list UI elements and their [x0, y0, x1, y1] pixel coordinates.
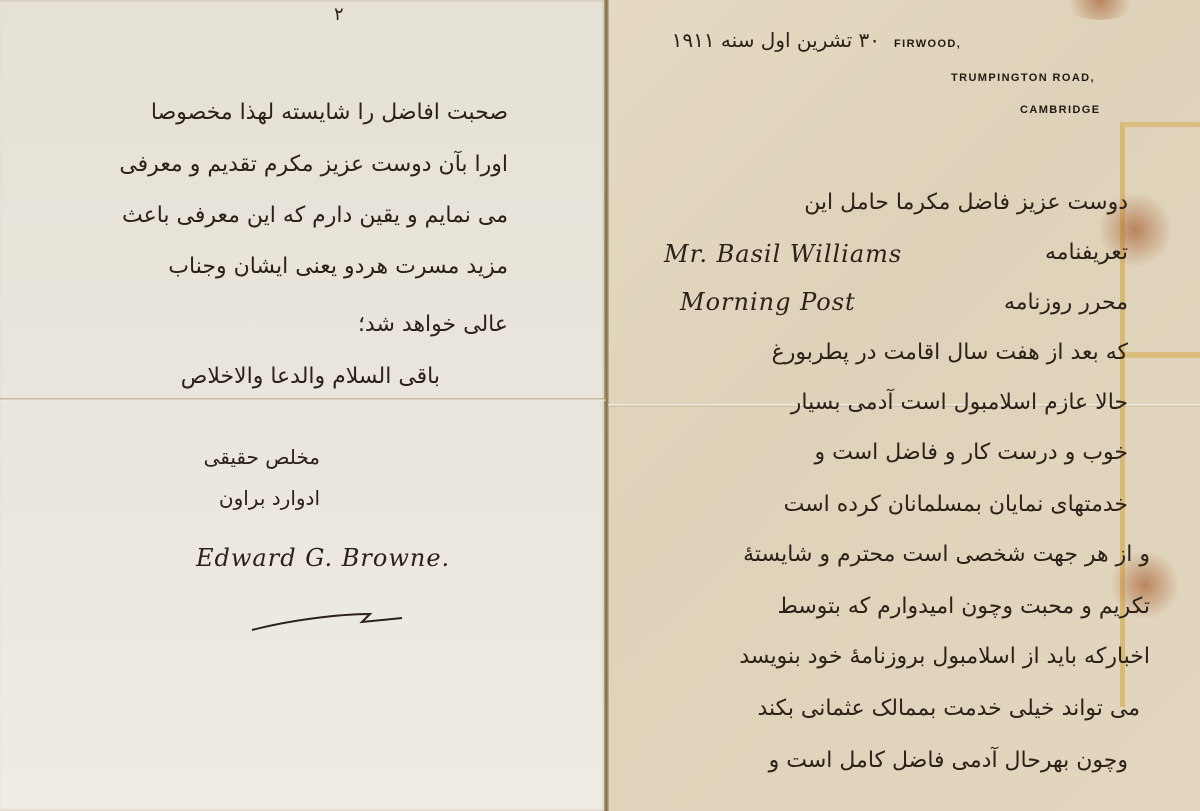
letterhead-line1: FIRWOOD, — [894, 38, 961, 50]
letter-line: خدمتهای نمایان بمسلمانان کرده است — [784, 492, 1128, 517]
letter-line: می تواند خیلی خدمت بممالک عثمانی بکند — [757, 696, 1140, 721]
letter-line: وچون بهرحال آدمی فاضل کامل است و — [769, 748, 1128, 773]
rust-stain-horizontal — [1120, 352, 1200, 358]
letter-line: باقی السلام والدعا والاخلاص — [181, 364, 440, 389]
letter-date: ٣٠ تشرین اول سنه ١٩١١ — [672, 28, 880, 52]
english-name: Mr. Basil Williams — [664, 240, 902, 268]
letterhead-line2: TRUMPINGTON ROAD, — [951, 72, 1095, 84]
letter-line: عالی خواهد شد؛ — [358, 312, 508, 337]
horizontal-fold-left — [0, 398, 606, 401]
letter-line: که بعد از هفت سال اقامت در پطربورغ — [772, 340, 1128, 365]
letter-line: و از هر جهت شخصی است محترم و شایستهٔ — [743, 542, 1150, 567]
signature-english: Edward G. Browne. — [196, 544, 450, 572]
signature-flourish-icon — [250, 608, 405, 632]
letter-line: دوست عزیز فاضل مکرما حامل این — [804, 190, 1128, 215]
letter-line: اخبارکه باید از اسلامبول بروزنامهٔ خود ب… — [739, 644, 1150, 669]
letter-line: مزید مسرت هردو یعنی ایشان وجناب — [168, 254, 508, 279]
letter-line: می نمایم و یقین دارم که این معرفی باعث — [122, 203, 508, 228]
signature-persian: ادوارد براون — [219, 486, 320, 510]
letter-line: اورا بآن دوست عزیز مکرم تقدیم و معرفی — [119, 152, 508, 177]
closing: مخلص حقیقی — [204, 445, 320, 469]
english-name: Morning Post — [680, 288, 856, 316]
letter-line: تعریفنامه — [1045, 240, 1128, 265]
letter-line: صحبت افاضل را شایسته لهذا مخصوصا — [151, 100, 508, 125]
letter-line: خوب و درست کار و فاضل است و — [815, 440, 1128, 465]
letterhead-line3: CAMBRIDGE — [1020, 104, 1100, 116]
letter-line: تکریم و محبت وچون امیدوارم که بتوسط — [777, 594, 1150, 619]
page-marker: ٢ — [334, 4, 344, 25]
letter-line: محرر روزنامه — [1004, 290, 1128, 315]
letter-line: حالا عازم اسلامبول است آدمی بسیار — [791, 390, 1128, 415]
